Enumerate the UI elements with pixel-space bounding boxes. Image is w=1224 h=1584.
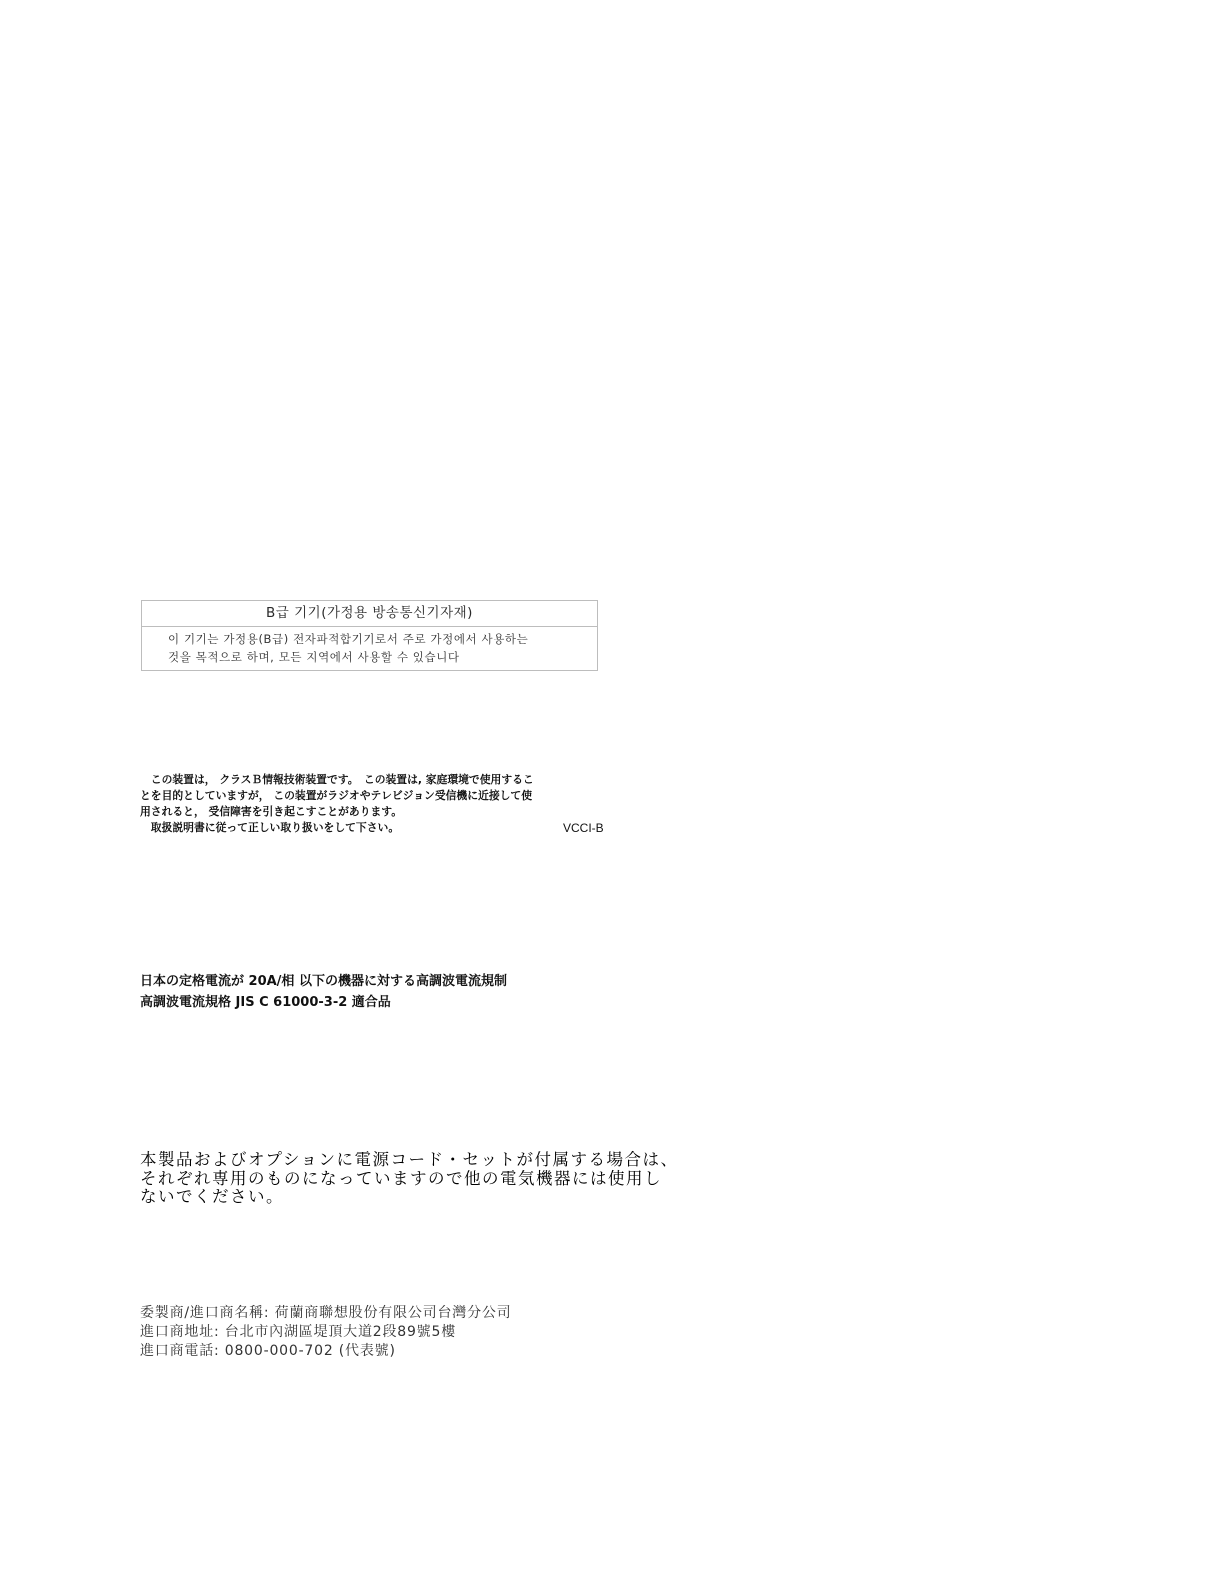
vcci-mark: VCCI-B xyxy=(563,820,604,836)
korean-class-b-notice-box: B급 기기(가정용 방송통신기자재) 이 기기는 가정용(B급) 전자파적합기기… xyxy=(141,600,598,671)
vcci-notice-line: 用されると， 受信障害を引き起こすことがあります。 xyxy=(140,804,620,820)
korean-notice-body: 이 기기는 가정용(B급) 전자파적합기기로서 주로 가정에서 사용하는 것을 … xyxy=(142,627,597,666)
power-cord-notice-line: それぞれ専用のものになっていますので他の電気機器には使用し xyxy=(140,1170,679,1189)
vcci-notice-line: とを目的としていますが， この装置がラジオやテレビジョン受信機に近接して使 xyxy=(140,788,620,804)
vcci-notice-last-row: 取扱説明書に従って正しい取り扱いをして下さい。 VCCI-B xyxy=(140,820,620,836)
vcci-class-b-notice: この装置は， クラスＢ情報技術装置です。 この装置は, 家庭環境で使用するこ と… xyxy=(140,772,620,836)
importer-phone-line: 進口商電話: 0800-000-702 (代表號) xyxy=(140,1342,511,1361)
power-cord-notice-line: 本製品およびオプションに電源コード・セットが付属する場合は、 xyxy=(140,1151,679,1170)
vcci-notice-line: この装置は， クラスＢ情報技術装置です。 この装置は, 家庭環境で使用するこ xyxy=(140,772,620,788)
vcci-notice-line: 取扱説明書に従って正しい取り扱いをして下さい。 xyxy=(140,821,399,834)
korean-notice-line: 것을 목적으로 하며, 모든 지역에서 사용할 수 있습니다 xyxy=(168,648,597,666)
power-cord-notice-line: ないでください。 xyxy=(140,1188,679,1207)
korean-notice-title: B급 기기(가정용 방송통신기자재) xyxy=(142,601,597,627)
harmonics-notice-line: 高調波電流規格 JIS C 61000-3-2 適合品 xyxy=(140,992,507,1013)
power-cord-notice: 本製品およびオプションに電源コード・セットが付属する場合は、 それぞれ専用のもの… xyxy=(140,1151,679,1207)
importer-address-line: 進口商地址: 台北市內湖區堤頂大道2段89號5樓 xyxy=(140,1323,511,1342)
taiwan-importer-info: 委製商/進口商名稱: 荷蘭商聯想股份有限公司台灣分公司 進口商地址: 台北市內湖… xyxy=(140,1304,511,1361)
korean-notice-line: 이 기기는 가정용(B급) 전자파적합기기로서 주로 가정에서 사용하는 xyxy=(168,630,597,648)
importer-name-line: 委製商/進口商名稱: 荷蘭商聯想股份有限公司台灣分公司 xyxy=(140,1304,511,1323)
harmonics-current-notice: 日本の定格電流が 20A/相 以下の機器に対する高調波電流規制 高調波電流規格 … xyxy=(140,971,507,1013)
harmonics-notice-line: 日本の定格電流が 20A/相 以下の機器に対する高調波電流規制 xyxy=(140,971,507,992)
